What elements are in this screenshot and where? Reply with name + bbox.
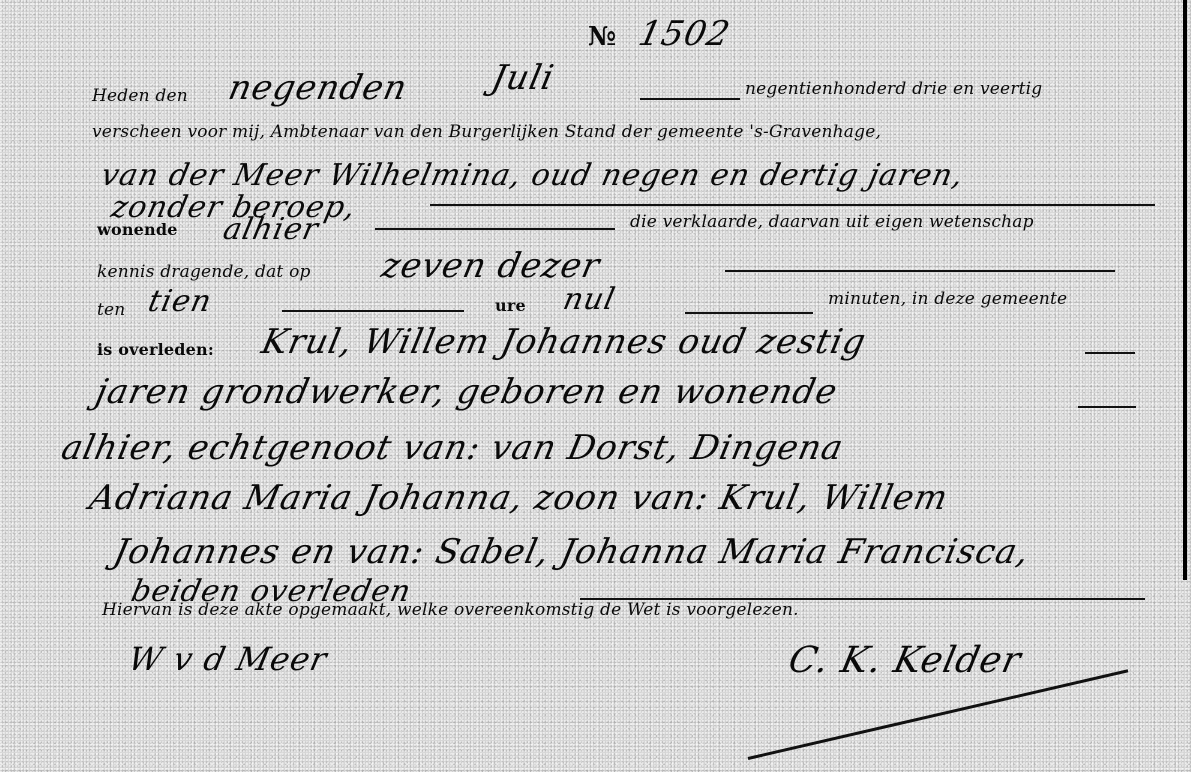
filler-dash [1085, 352, 1135, 354]
printed-ure: ure [495, 296, 526, 315]
printed-minuten: minuten, in deze gemeente [828, 289, 1067, 309]
handwritten-residence: alhier [220, 212, 322, 247]
signature-declarant: W v d Meer [125, 640, 331, 678]
handwritten-date-month: Juli [488, 58, 558, 98]
handwritten-hour: tien [145, 284, 215, 319]
signature-official: C. K. Kelder [785, 640, 1025, 681]
printed-heden-den: Heden den [92, 86, 188, 106]
printed-closing: Hiervan is deze akte opgemaakt, welke ov… [102, 600, 799, 620]
blank-line [725, 270, 1115, 272]
filler-dash [1078, 406, 1136, 408]
printed-year: negentienhonderd drie en veertig [745, 79, 1042, 99]
blank-line [685, 312, 813, 314]
certificate-number: № 1502 [588, 14, 726, 54]
handwritten-deceased-line-3: alhier, echtgenoot van: van Dorst, Dinge… [58, 428, 847, 468]
handwritten-date-day: negenden [225, 68, 411, 108]
page-edge-border [1183, 0, 1187, 580]
handwritten-death-date: zeven dezer [378, 246, 604, 286]
blank-line [640, 98, 740, 100]
handwritten-deceased-line-4: Adriana Maria Johanna, zoon van: Krul, W… [86, 478, 952, 518]
printed-verscheen: verscheen voor mij, Ambtenaar van den Bu… [92, 122, 881, 142]
printed-kennis: kennis dragende, dat op [97, 262, 311, 282]
number-sign: № [588, 22, 616, 52]
handwritten-minutes: nul [560, 282, 619, 317]
handwritten-deceased-line-1: Krul, Willem Johannes oud zestig [258, 322, 870, 362]
handwritten-deceased-line-2: jaren grondwerker, geboren en wonende [92, 372, 841, 412]
certificate-number-value: 1502 [635, 14, 734, 54]
blank-line [375, 228, 615, 230]
printed-verklaarde: die verklaarde, daarvan uit eigen wetens… [630, 212, 1034, 232]
blank-line [430, 204, 1155, 206]
printed-ten: ten [97, 300, 125, 320]
printed-wonende: wonende [97, 220, 178, 239]
handwritten-deceased-line-5: Johannes en van: Sabel, Johanna Maria Fr… [110, 532, 1033, 572]
handwritten-declarant: van der Meer Wilhelmina, oud negen en de… [98, 158, 967, 193]
signature-underline [748, 669, 1129, 760]
blank-line [282, 310, 464, 312]
printed-overleden: is overleden: [97, 340, 214, 359]
